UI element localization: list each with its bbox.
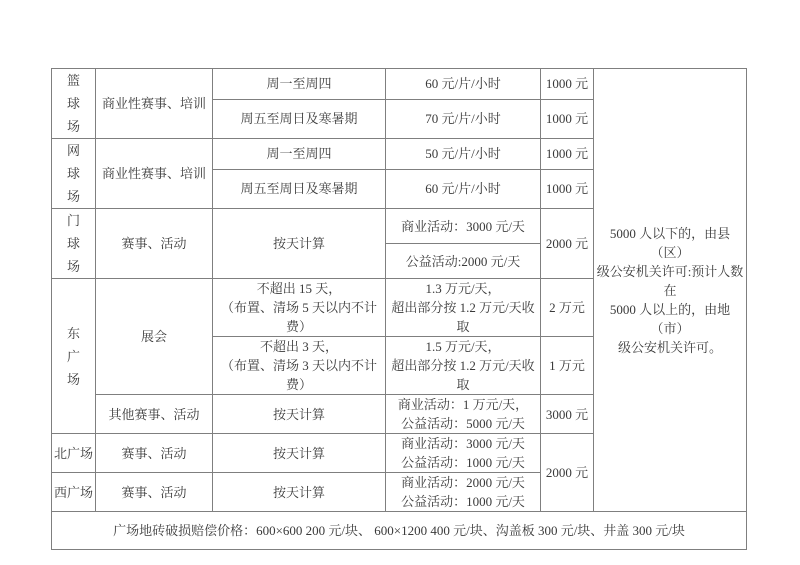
price-cell: 商业活动：2000 元/天 公益活动：1000 元/天: [386, 473, 541, 512]
venue-cell-tennis: 网球场: [52, 139, 96, 209]
price-line: 商业活动：1 万元/天，: [386, 395, 540, 414]
type-cell-exhibition: 展会: [96, 279, 213, 395]
price-line: 公益活动：1000 元/天: [386, 453, 540, 472]
venue-fee-table: 篮球场 商业性赛事、培训 周一至周四 60 元/片/小时 1000 元 5000…: [51, 68, 747, 550]
approval-note-line: 5000 人以上的，由地（市）: [594, 300, 746, 338]
approval-note-line: 5000 人以下的，由县（区）: [594, 224, 746, 262]
price-line: 商业活动：3000 元/天: [386, 434, 540, 453]
deposit-cell: 2 万元: [541, 279, 594, 337]
approval-note-cell: 5000 人以下的，由县（区） 级公安机关许可:预计人数在 5000 人以上的，…: [594, 69, 747, 512]
approval-note-line: 级公安机关许可。: [594, 338, 746, 357]
venue-cell-west-plaza: 西广场: [52, 473, 96, 512]
venue-cell-basketball: 篮球场: [52, 69, 96, 139]
approval-note-line: 级公安机关许可:预计人数在: [594, 262, 746, 300]
schedule-cell: 周五至周日及寒暑期: [213, 169, 386, 208]
price-cell: 1.5 万元/天， 超出部分按 1.2 万元/天收取: [386, 337, 541, 395]
venue-cell-east-plaza: 东广场: [52, 279, 96, 434]
type-cell-west: 赛事、活动: [96, 473, 213, 512]
price-cell: 公益活动:2000 元/天: [386, 244, 541, 279]
price-cell: 商业活动：3000 元/天 公益活动：1000 元/天: [386, 434, 541, 473]
price-line: 商业活动：2000 元/天: [386, 473, 540, 492]
deposit-cell: 1000 元: [541, 139, 594, 170]
schedule-cell: 周五至周日及寒暑期: [213, 99, 386, 138]
schedule-cell: 按天计算: [213, 434, 386, 473]
price-line: 1.3 万元/天，: [386, 279, 540, 298]
table-row: 广场地砖破损赔偿价格：600×600 200 元/块、 600×1200 400…: [52, 512, 747, 550]
price-line: 1.5 万元/天，: [386, 337, 540, 356]
deposit-cell: 1000 元: [541, 99, 594, 138]
schedule-cell: 按天计算: [213, 473, 386, 512]
deposit-cell: 1000 元: [541, 69, 594, 100]
schedule-line: （布置、清场 3 天以内不计费）: [213, 356, 385, 394]
type-cell-basketball: 商业性赛事、培训: [96, 69, 213, 139]
schedule-cell: 周一至周四: [213, 139, 386, 170]
deposit-cell: 2000 元: [541, 434, 594, 512]
price-cell: 商业活动：3000 元/天: [386, 209, 541, 244]
price-line: 超出部分按 1.2 万元/天收取: [386, 298, 540, 336]
venue-label: 门球场: [66, 209, 81, 278]
price-line: 公益活动：5000 元/天: [386, 414, 540, 433]
price-cell: 70 元/片/小时: [386, 99, 541, 138]
schedule-line: （布置、清场 5 天以内不计费）: [213, 298, 385, 336]
schedule-cell: 不超出 15 天， （布置、清场 5 天以内不计费）: [213, 279, 386, 337]
venue-cell-gateball: 门球场: [52, 209, 96, 279]
schedule-cell: 按天计算: [213, 395, 386, 434]
deposit-cell: 3000 元: [541, 395, 594, 434]
type-cell-north: 赛事、活动: [96, 434, 213, 473]
deposit-cell: 2000 元: [541, 209, 594, 279]
price-cell: 50 元/片/小时: [386, 139, 541, 170]
deposit-cell: 1 万元: [541, 337, 594, 395]
venue-cell-north-plaza: 北广场: [52, 434, 96, 473]
price-line: 超出部分按 1.2 万元/天收取: [386, 356, 540, 394]
price-line: 公益活动：1000 元/天: [386, 492, 540, 511]
deposit-cell: 1000 元: [541, 169, 594, 208]
tile-compensation-cell: 广场地砖破损赔偿价格：600×600 200 元/块、 600×1200 400…: [52, 512, 747, 550]
venue-label: 网球场: [66, 139, 81, 208]
schedule-cell: 不超出 3 天， （布置、清场 3 天以内不计费）: [213, 337, 386, 395]
price-cell: 60 元/片/小时: [386, 169, 541, 208]
schedule-cell: 周一至周四: [213, 69, 386, 100]
type-cell-tennis: 商业性赛事、培训: [96, 139, 213, 209]
document-page: 篮球场 商业性赛事、培训 周一至周四 60 元/片/小时 1000 元 5000…: [0, 0, 800, 565]
venue-label: 篮球场: [66, 69, 81, 138]
schedule-cell: 按天计算: [213, 209, 386, 279]
schedule-line: 不超出 3 天，: [213, 337, 385, 356]
price-cell: 60 元/片/小时: [386, 69, 541, 100]
price-cell: 商业活动：1 万元/天， 公益活动：5000 元/天: [386, 395, 541, 434]
type-cell-gateball: 赛事、活动: [96, 209, 213, 279]
table-row: 篮球场 商业性赛事、培训 周一至周四 60 元/片/小时 1000 元 5000…: [52, 69, 747, 100]
type-cell-other-events: 其他赛事、活动: [96, 395, 213, 434]
schedule-line: 不超出 15 天，: [213, 279, 385, 298]
price-cell: 1.3 万元/天， 超出部分按 1.2 万元/天收取: [386, 279, 541, 337]
venue-label: 东广场: [66, 322, 81, 391]
